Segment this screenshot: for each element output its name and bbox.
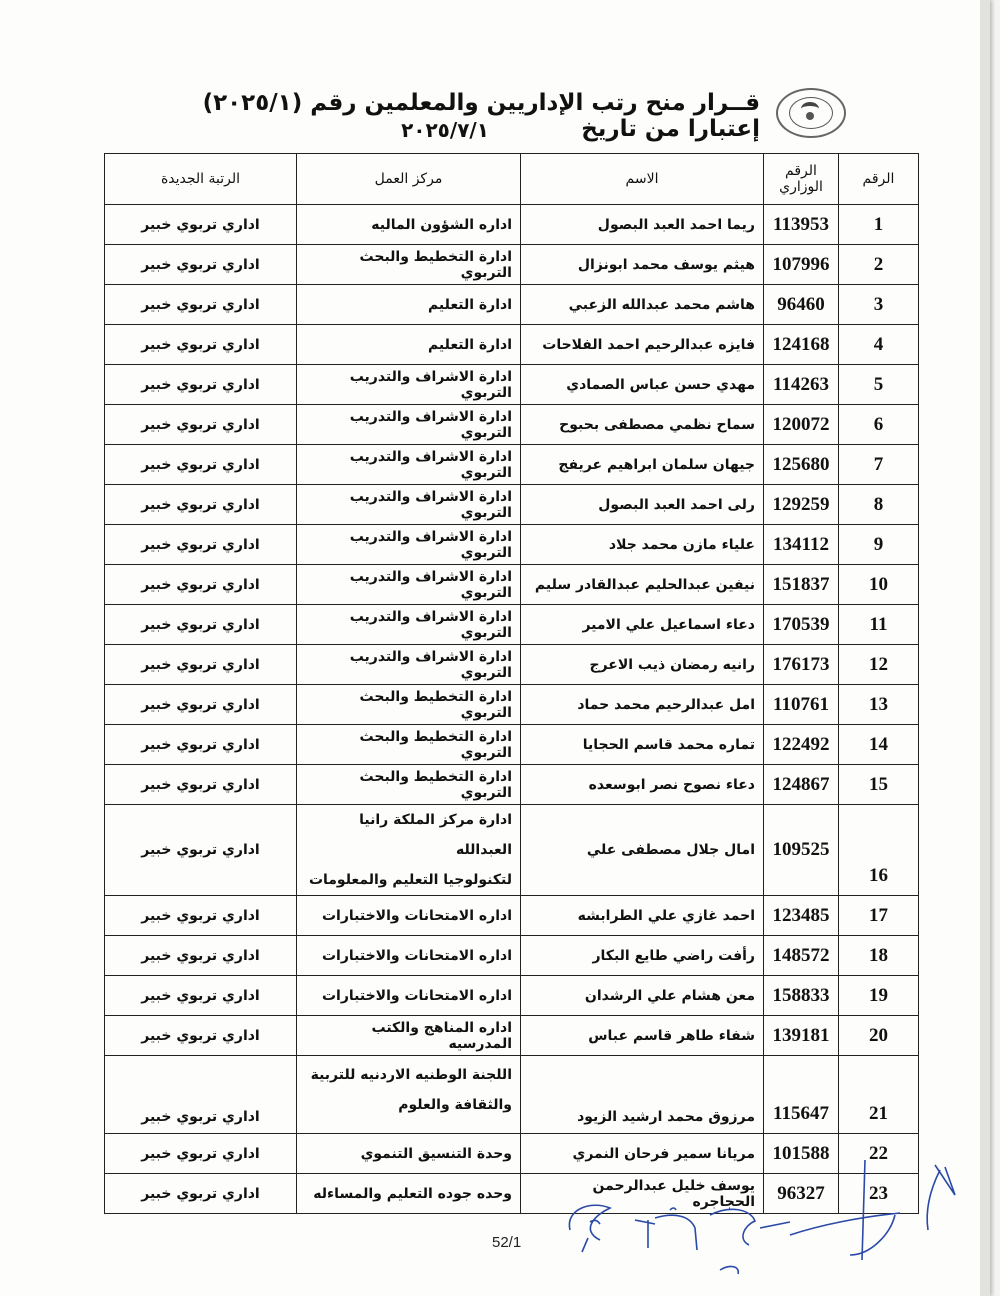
workplace-line-1: ادارة مركز الملكة رانيا العبدالله bbox=[305, 805, 512, 865]
cell-ministerial-id: 129259 bbox=[764, 485, 839, 525]
cell-ministerial-id: 114263 bbox=[764, 365, 839, 405]
table-row: 7125680جيهان سلمان ابراهيم عريفجادارة ال… bbox=[105, 445, 919, 485]
cell-ministerial-id: 123485 bbox=[764, 896, 839, 936]
cell-name: امال جلال مصطفى علي bbox=[521, 805, 764, 896]
cell-num: 1 bbox=[839, 205, 919, 245]
cell-workplace: اداره الامتحانات والاختبارات bbox=[297, 896, 521, 936]
workplace-line-2: والثقافة والعلوم bbox=[305, 1090, 512, 1120]
table-header-row: الرقم الرقم الوزاري الاسم مركز العمل الر… bbox=[105, 154, 919, 205]
cell-workplace: وحده جوده التعليم والمساءله bbox=[297, 1174, 521, 1214]
cell-name: شفاء طاهر قاسم عباس bbox=[521, 1016, 764, 1056]
cell-workplace: اداره الامتحانات والاختبارات bbox=[297, 976, 521, 1016]
cell-workplace: ادارة التخطيط والبحث التربوي bbox=[297, 245, 521, 285]
header-new-rank: الرتبة الجديدة bbox=[105, 154, 297, 205]
table-row: 15124867دعاء نصوح نصر ابوسعدهادارة التخط… bbox=[105, 765, 919, 805]
cell-ministerial-id: 124168 bbox=[764, 325, 839, 365]
cell-workplace: ادارة التخطيط والبحث التربوي bbox=[297, 685, 521, 725]
table-row: 6120072سماح نظمي مصطفى بحبوحادارة الاشرا… bbox=[105, 405, 919, 445]
table-row: 18148572رأفت راضي طايع البكاراداره الامت… bbox=[105, 936, 919, 976]
cell-new-rank: اداري تربوي خبير bbox=[105, 896, 297, 936]
cell-num: 14 bbox=[839, 725, 919, 765]
cell-new-rank: اداري تربوي خبير bbox=[105, 976, 297, 1016]
cell-ministerial-id: 170539 bbox=[764, 605, 839, 645]
cell-new-rank: اداري تربوي خبير bbox=[105, 485, 297, 525]
cell-new-rank: اداري تربوي خبير bbox=[105, 205, 297, 245]
cell-new-rank: اداري تربوي خبير bbox=[105, 725, 297, 765]
cell-num: 18 bbox=[839, 936, 919, 976]
cell-num: 2 bbox=[839, 245, 919, 285]
table-row: 14122492تماره محمد قاسم الحجاياادارة الت… bbox=[105, 725, 919, 765]
signatures-icon bbox=[560, 1160, 960, 1280]
cell-new-rank: اداري تربوي خبير bbox=[105, 565, 297, 605]
cell-ministerial-id: 109525 bbox=[764, 805, 839, 896]
cell-workplace: ادارة الاشراف والتدريب التربوي bbox=[297, 365, 521, 405]
cell-name: نيفين عبدالحليم عبدالقادر سليم bbox=[521, 565, 764, 605]
table-row: 5114263مهدي حسن عباس الصماديادارة الاشرا… bbox=[105, 365, 919, 405]
table-row: 4124168فايزه عبدالرحيم احمد الفلاحاتادار… bbox=[105, 325, 919, 365]
cell-ministerial-id: 124867 bbox=[764, 765, 839, 805]
table-row: 16109525امال جلال مصطفى عليادارة مركز ال… bbox=[105, 805, 919, 896]
table-row: 11170539دعاء اسماعيل علي الاميرادارة الا… bbox=[105, 605, 919, 645]
cell-ministerial-id: 151837 bbox=[764, 565, 839, 605]
cell-num: 4 bbox=[839, 325, 919, 365]
header-workplace: مركز العمل bbox=[297, 154, 521, 205]
table-row: 9134112علياء مازن محمد جلادادارة الاشراف… bbox=[105, 525, 919, 565]
cell-name: دعاء نصوح نصر ابوسعده bbox=[521, 765, 764, 805]
cell-new-rank: اداري تربوي خبير bbox=[105, 445, 297, 485]
table-row: 17123485احمد غازي علي الطرابشهاداره الام… bbox=[105, 896, 919, 936]
cell-new-rank: اداري تربوي خبير bbox=[105, 525, 297, 565]
cell-name: امل عبدالرحيم محمد حماد bbox=[521, 685, 764, 725]
cell-new-rank: اداري تربوي خبير bbox=[105, 1056, 297, 1134]
cell-num: 12 bbox=[839, 645, 919, 685]
cell-name: رانيه رمضان ذيب الاعرج bbox=[521, 645, 764, 685]
ministry-emblem-icon bbox=[776, 88, 846, 138]
workplace-line-2: لتكنولوجيا التعليم والمعلومات bbox=[305, 865, 512, 895]
cell-new-rank: اداري تربوي خبير bbox=[105, 405, 297, 445]
table-row: 19158833معن هشام علي الرشداناداره الامتح… bbox=[105, 976, 919, 1016]
cell-new-rank: اداري تربوي خبير bbox=[105, 1174, 297, 1214]
cell-num: 21 bbox=[839, 1056, 919, 1134]
cell-ministerial-id: 158833 bbox=[764, 976, 839, 1016]
cell-num: 5 bbox=[839, 365, 919, 405]
header-name: الاسم bbox=[521, 154, 764, 205]
cell-name: تماره محمد قاسم الحجايا bbox=[521, 725, 764, 765]
workplace-line-1: اللجنة الوطنيه الاردنيه للتربية bbox=[305, 1060, 512, 1090]
cell-workplace: ادارة التخطيط والبحث التربوي bbox=[297, 765, 521, 805]
table-row: 12176173رانيه رمضان ذيب الاعرجادارة الاش… bbox=[105, 645, 919, 685]
cell-num: 19 bbox=[839, 976, 919, 1016]
cell-workplace: ادارة الاشراف والتدريب التربوي bbox=[297, 405, 521, 445]
cell-num: 3 bbox=[839, 285, 919, 325]
cell-num: 7 bbox=[839, 445, 919, 485]
cell-name: احمد غازي علي الطرابشه bbox=[521, 896, 764, 936]
table-row: 8129259رلى احمد العبد البصولادارة الاشرا… bbox=[105, 485, 919, 525]
document-title-date: ٢٠٢٥/٧/١ bbox=[130, 118, 760, 142]
cell-workplace: اللجنة الوطنيه الاردنيه للتربيةوالثقافة … bbox=[297, 1056, 521, 1134]
cell-workplace: ادارة الاشراف والتدريب التربوي bbox=[297, 645, 521, 685]
cell-workplace: ادارة التعليم bbox=[297, 325, 521, 365]
cell-num: 17 bbox=[839, 896, 919, 936]
cell-ministerial-id: 139181 bbox=[764, 1016, 839, 1056]
cell-new-rank: اداري تربوي خبير bbox=[105, 765, 297, 805]
cell-workplace: ادارة التخطيط والبحث التربوي bbox=[297, 725, 521, 765]
cell-new-rank: اداري تربوي خبير bbox=[105, 605, 297, 645]
cell-num: 9 bbox=[839, 525, 919, 565]
cell-name: علياء مازن محمد جلاد bbox=[521, 525, 764, 565]
cell-name: هاشم محمد عبدالله الزعبي bbox=[521, 285, 764, 325]
table-row: 21115647مرزوق محمد ارشيد الزيوداللجنة ال… bbox=[105, 1056, 919, 1134]
cell-workplace: ادارة الاشراف والتدريب التربوي bbox=[297, 605, 521, 645]
cell-workplace: ادارة مركز الملكة رانيا العبداللهلتكنولو… bbox=[297, 805, 521, 896]
cell-new-rank: اداري تربوي خبير bbox=[105, 685, 297, 725]
cell-workplace: ادارة الاشراف والتدريب التربوي bbox=[297, 565, 521, 605]
cell-workplace: وحدة التنسيق التنموي bbox=[297, 1134, 521, 1174]
cell-workplace: اداره الامتحانات والاختبارات bbox=[297, 936, 521, 976]
cell-new-rank: اداري تربوي خبير bbox=[105, 285, 297, 325]
cell-num: 11 bbox=[839, 605, 919, 645]
cell-name: مهدي حسن عباس الصمادي bbox=[521, 365, 764, 405]
cell-name: هيثم يوسف محمد ابونزال bbox=[521, 245, 764, 285]
page-number: 52/1 bbox=[492, 1234, 521, 1251]
cell-ministerial-id: 107996 bbox=[764, 245, 839, 285]
table-row: 396460هاشم محمد عبدالله الزعبيادارة التع… bbox=[105, 285, 919, 325]
document-page: قــرار منح رتب الإداريين والمعلمين رقم (… bbox=[0, 0, 990, 1296]
cell-ministerial-id: 148572 bbox=[764, 936, 839, 976]
table-row: 10151837نيفين عبدالحليم عبدالقادر سليماد… bbox=[105, 565, 919, 605]
cell-ministerial-id: 125680 bbox=[764, 445, 839, 485]
cell-new-rank: اداري تربوي خبير bbox=[105, 1134, 297, 1174]
table-row: 1113953ريما احمد العبد البصولاداره الشؤو… bbox=[105, 205, 919, 245]
cell-workplace: ادارة التعليم bbox=[297, 285, 521, 325]
cell-name: رلى احمد العبد البصول bbox=[521, 485, 764, 525]
cell-new-rank: اداري تربوي خبير bbox=[105, 936, 297, 976]
cell-workplace: اداره الشؤون الماليه bbox=[297, 205, 521, 245]
cell-new-rank: اداري تربوي خبير bbox=[105, 1016, 297, 1056]
cell-num: 20 bbox=[839, 1016, 919, 1056]
cell-workplace: ادارة الاشراف والتدريب التربوي bbox=[297, 485, 521, 525]
cell-name: معن هشام علي الرشدان bbox=[521, 976, 764, 1016]
cell-ministerial-id: 120072 bbox=[764, 405, 839, 445]
cell-num: 13 bbox=[839, 685, 919, 725]
cell-ministerial-id: 113953 bbox=[764, 205, 839, 245]
cell-name: دعاء اسماعيل علي الامير bbox=[521, 605, 764, 645]
cell-new-rank: اداري تربوي خبير bbox=[105, 325, 297, 365]
cell-new-rank: اداري تربوي خبير bbox=[105, 805, 297, 896]
cell-ministerial-id: 110761 bbox=[764, 685, 839, 725]
cell-new-rank: اداري تربوي خبير bbox=[105, 645, 297, 685]
cell-num: 16 bbox=[839, 805, 919, 896]
cell-num: 15 bbox=[839, 765, 919, 805]
cell-ministerial-id: 115647 bbox=[764, 1056, 839, 1134]
header-num: الرقم bbox=[839, 154, 919, 205]
cell-num: 10 bbox=[839, 565, 919, 605]
cell-name: جيهان سلمان ابراهيم عريفج bbox=[521, 445, 764, 485]
header-ministerial-id: الرقم الوزاري bbox=[764, 154, 839, 205]
page-edge bbox=[980, 0, 990, 1296]
cell-ministerial-id: 122492 bbox=[764, 725, 839, 765]
table-row: 20139181شفاء طاهر قاسم عباساداره المناهج… bbox=[105, 1016, 919, 1056]
cell-new-rank: اداري تربوي خبير bbox=[105, 245, 297, 285]
cell-ministerial-id: 134112 bbox=[764, 525, 839, 565]
cell-name: سماح نظمي مصطفى بحبوح bbox=[521, 405, 764, 445]
table-row: 2107996هيثم يوسف محمد ابونزالادارة التخط… bbox=[105, 245, 919, 285]
cell-workplace: ادارة الاشراف والتدريب التربوي bbox=[297, 445, 521, 485]
cell-ministerial-id: 176173 bbox=[764, 645, 839, 685]
cell-name: مرزوق محمد ارشيد الزيود bbox=[521, 1056, 764, 1134]
cell-workplace: اداره المناهج والكتب المدرسيه bbox=[297, 1016, 521, 1056]
cell-ministerial-id: 96460 bbox=[764, 285, 839, 325]
table-row: 13110761امل عبدالرحيم محمد حمادادارة الت… bbox=[105, 685, 919, 725]
cell-name: ريما احمد العبد البصول bbox=[521, 205, 764, 245]
cell-workplace: ادارة الاشراف والتدريب التربوي bbox=[297, 525, 521, 565]
cell-num: 8 bbox=[839, 485, 919, 525]
cell-name: فايزه عبدالرحيم احمد الفلاحات bbox=[521, 325, 764, 365]
cell-name: رأفت راضي طايع البكار bbox=[521, 936, 764, 976]
cell-num: 6 bbox=[839, 405, 919, 445]
cell-new-rank: اداري تربوي خبير bbox=[105, 365, 297, 405]
promotion-table: الرقم الرقم الوزاري الاسم مركز العمل الر… bbox=[104, 153, 919, 1214]
